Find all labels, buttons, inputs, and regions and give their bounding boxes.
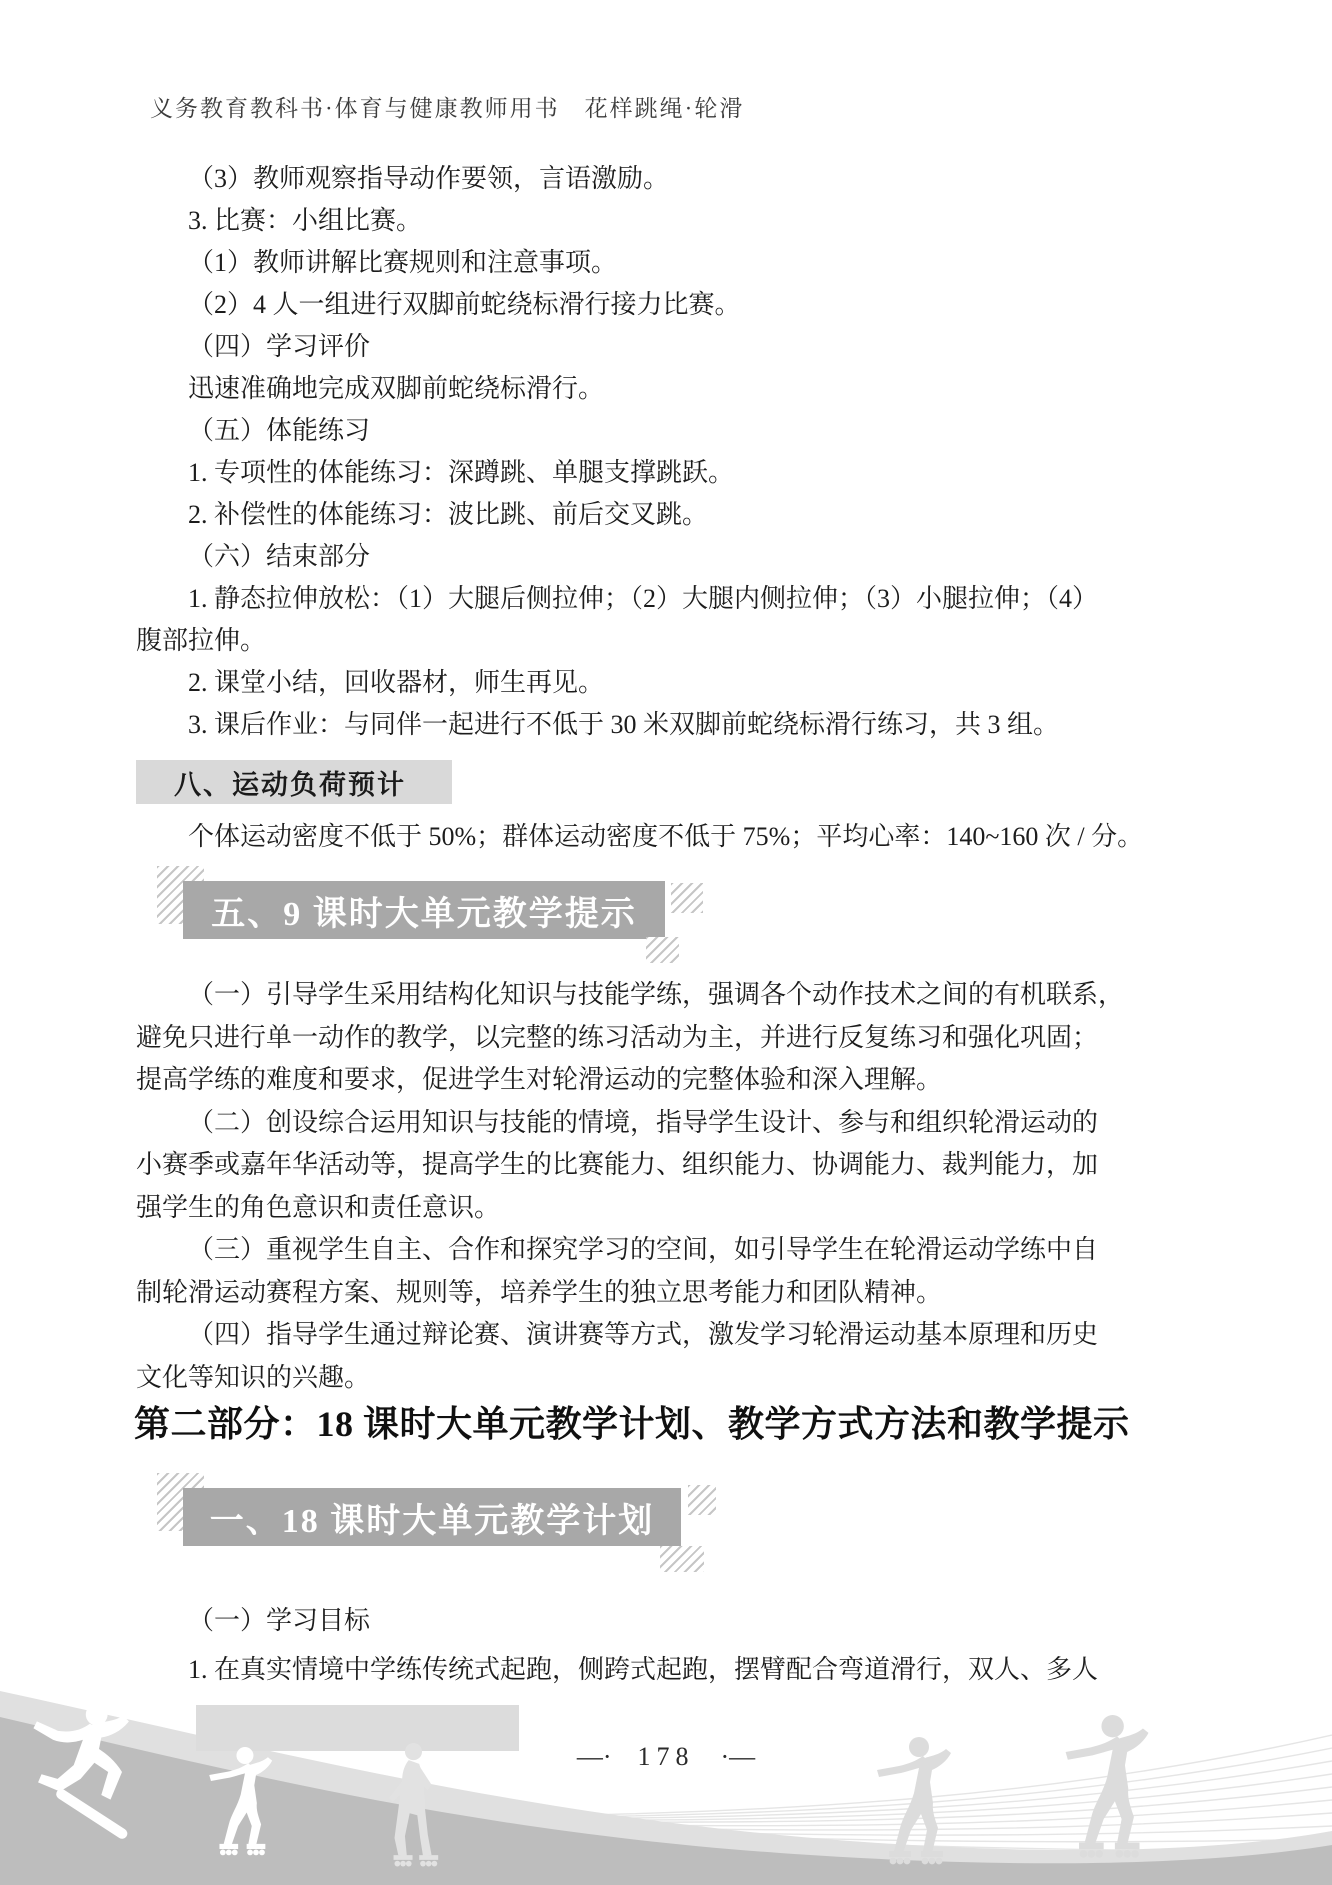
- paragraph: （2）4 人一组进行双脚前蛇绕标滑行接力比赛。: [136, 284, 1211, 326]
- paragraph: （一）学习目标: [136, 1596, 1211, 1645]
- banner-bar: 一、18 课时大单元教学计划: [183, 1488, 681, 1546]
- hatch-decoration-bottom-right-icon: [646, 937, 679, 963]
- paragraph: 3. 课后作业：与同伴一起进行不低于 30 米双脚前蛇绕标滑行练习，共 3 组。: [136, 704, 1211, 746]
- paragraph: （五）体能练习: [136, 410, 1211, 452]
- paragraph: 迅速准确地完成双脚前蛇绕标滑行。: [136, 368, 1211, 410]
- learning-goals-text: （一）学习目标 1. 在真实情境中学练传统式起跑，侧跨式起跑，摆臂配合弯道滑行，…: [136, 1596, 1211, 1694]
- teaching-tips-text: （一）引导学生采用结构化知识与技能学练，强调各个动作技术之间的有机联系， 避免只…: [136, 974, 1211, 1399]
- banner-title: 五、9 课时大单元教学提示: [211, 886, 637, 935]
- paragraph: （四）学习评价: [136, 326, 1211, 368]
- paragraph: （二）创设综合运用知识与技能的情境，指导学生设计、参与和组织轮滑运动的 小赛季或…: [136, 1102, 1211, 1230]
- banner-9-lesson-tips: 五、9 课时大单元教学提示: [136, 866, 896, 966]
- document-page: 义务教育教科书·体育与健康教师用书 花样跳绳·轮滑 （3）教师观察指导动作要领，…: [0, 0, 1332, 1885]
- paragraph: 1. 专项性的体能练习：深蹲跳、单腿支撑跳跃。: [136, 452, 1211, 494]
- gray-rect-decoration: [196, 1705, 519, 1751]
- running-header: 义务教育教科书·体育与健康教师用书 花样跳绳·轮滑: [150, 90, 744, 123]
- paragraph: 1. 静态拉伸放松：（1）大腿后侧拉伸；（2）大腿内侧拉伸；（3）小腿拉伸；（4…: [136, 578, 1211, 662]
- paragraph: （3）教师观察指导动作要领，言语激励。: [136, 158, 1211, 200]
- paragraph: （六）结束部分: [136, 536, 1211, 578]
- paragraph: （四）指导学生通过辩论赛、演讲赛等方式，激发学习轮滑运动基本原理和历史 文化等知…: [136, 1314, 1211, 1399]
- paragraph: 2. 补偿性的体能练习：波比跳、前后交叉跳。: [136, 494, 1211, 536]
- section-heading-box: 八、运动负荷预计: [136, 760, 452, 804]
- banner-bar: 五、9 课时大单元教学提示: [183, 881, 665, 939]
- paragraph: （1）教师讲解比赛规则和注意事项。: [136, 242, 1211, 284]
- lesson-plan-text: （3）教师观察指导动作要领，言语激励。 3. 比赛：小组比赛。 （1）教师讲解比…: [136, 158, 1211, 858]
- banner-title: 一、18 课时大单元教学计划: [210, 1493, 655, 1542]
- hatch-decoration-bottom-right-icon: [660, 1546, 704, 1572]
- hatch-decoration-top-right-icon: [671, 883, 703, 913]
- paragraph: 2. 课堂小结，回收器材，师生再见。: [136, 662, 1211, 704]
- load-estimate-text: 个体运动密度不低于 50%；群体运动密度不低于 75%；平均心率：140~160…: [136, 816, 1211, 858]
- banner-18-lesson-plan: 一、18 课时大单元教学计划: [136, 1473, 896, 1573]
- paragraph: （一）引导学生采用结构化知识与技能学练，强调各个动作技术之间的有机联系， 避免只…: [136, 974, 1211, 1102]
- section-heading-load: 八、运动负荷预计: [174, 763, 406, 802]
- part2-heading: 第二部分：18 课时大单元教学计划、教学方式方法和教学提示: [134, 1396, 1224, 1447]
- bottom-decoration: [0, 1685, 1332, 1885]
- inline-skater-silhouette: [1066, 1715, 1149, 1858]
- paragraph: 3. 比赛：小组比赛。: [136, 200, 1211, 242]
- hatch-decoration-top-right-icon: [688, 1485, 716, 1515]
- paragraph: （三）重视学生自主、合作和探究学习的空间，如引导学生在轮滑运动学练中自 制轮滑运…: [136, 1229, 1211, 1314]
